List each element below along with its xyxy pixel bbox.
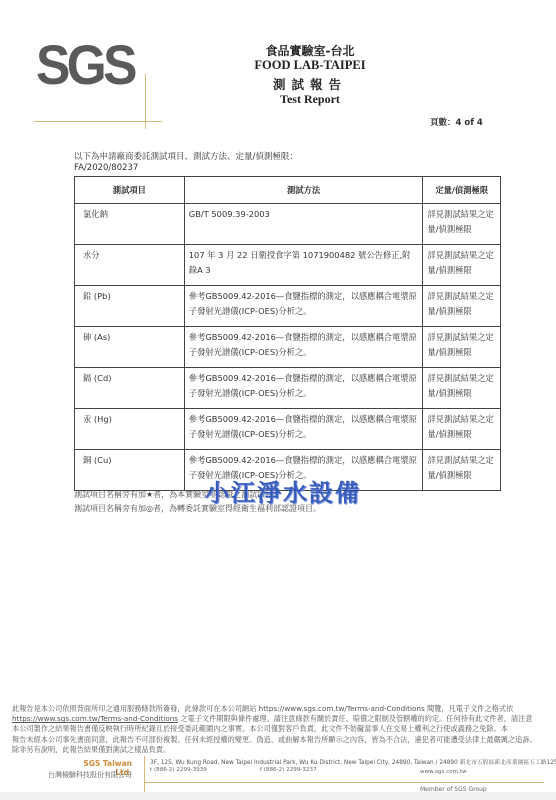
table-row: 鉛 (Pb) 參考GB5009.42-2016—食鹽指標的測定，以感應耦合電漿原…: [75, 286, 501, 327]
header-test-item: 測試項目: [75, 177, 185, 204]
test-limit: 詳見測試結果之定量/偵測極限: [423, 368, 501, 409]
bottom-bar: [0, 792, 556, 800]
footer-fax: f (886-2) 2299-3237: [260, 767, 317, 773]
disclaimer: 此報告是本公司依照背面所印之通用服務條款所簽發，此條款可在本公司網站 https…: [12, 704, 547, 755]
report-title-en: Test Report: [190, 92, 430, 107]
logo-vertical-line: [145, 74, 146, 129]
test-limit: 詳見測試結果之定量/偵測極限: [423, 204, 501, 245]
test-method: 107 年 3 月 22 日衛授食字第 1071900482 號公告修正,附錄A…: [184, 245, 423, 286]
test-item: 氯化鈉: [75, 204, 185, 245]
intro-text: 以下為申請廠商委託測試項目、測試方法、定量/偵測極限：: [74, 150, 298, 162]
test-limit: 詳見測試結果之定量/偵測極限: [423, 409, 501, 450]
test-item: 銅 (Cu): [75, 450, 185, 491]
test-method: 參考GB5009.42-2016—食鹽指標的測定，以感應耦合電漿原子發射光譜儀(…: [184, 286, 423, 327]
table-row: 水分 107 年 3 月 22 日衛授食字第 1071900482 號公告修正,…: [75, 245, 501, 286]
test-method: 參考GB5009.42-2016—食鹽指標的測定，以感應耦合電漿原子發射光譜儀(…: [184, 327, 423, 368]
footer-phone: t (886-2) 2299-3939: [150, 767, 207, 773]
report-number: FA/2020/80237: [74, 163, 138, 173]
report-title-zh: 測試報告: [190, 75, 430, 93]
footer-address: 3F, 125, Wu Kung Road, New Taipei Indust…: [150, 757, 556, 766]
test-method: 參考GB5009.42-2016—食鹽指標的測定，以感應耦合電漿原子發射光譜儀(…: [184, 409, 423, 450]
table-row: 鎘 (Cd) 參考GB5009.42-2016—食鹽指標的測定，以感應耦合電漿原…: [75, 368, 501, 409]
test-limit: 詳見測試結果之定量/偵測極限: [423, 286, 501, 327]
table-row: 氯化鈉 GB/T 5009.39-2003 詳見測試結果之定量/偵測極限: [75, 204, 501, 245]
disclaimer-line-2: https://www.sgs.com.tw/Terms-and-Conditi…: [12, 714, 547, 724]
logo-horizontal-line: [34, 121, 162, 122]
test-method: 參考GB5009.42-2016—食鹽指標的測定，以感應耦合電漿原子發射光譜儀(…: [184, 368, 423, 409]
sgs-logo-text: SGS: [36, 38, 134, 92]
footer-website[interactable]: www.sgs.com.tw: [420, 769, 467, 775]
disclaimer-line-5: 除非另有說明，此報告結果僅對測試之樣品負責。: [12, 745, 547, 755]
test-item: 鎘 (Cd): [75, 368, 185, 409]
header-test-method: 測試方法: [184, 177, 423, 204]
header-limit: 定量/偵測極限: [423, 177, 501, 204]
table-header-row: 測試項目 測試方法 定量/偵測極限: [75, 177, 501, 204]
test-item: 砷 (As): [75, 327, 185, 368]
footer-divider-vertical: [144, 756, 145, 796]
lab-name-zh: 食品實驗室-台北: [190, 42, 430, 59]
disclaimer-line-1: 此報告是本公司依照背面所印之通用服務條款所簽發，此條款可在本公司網站 https…: [12, 704, 547, 714]
watermark-stamp: 小江淨水設備: [205, 473, 361, 508]
test-methods-table: 測試項目 測試方法 定量/偵測極限 氯化鈉 GB/T 5009.39-2003 …: [74, 176, 501, 491]
test-item: 水分: [75, 245, 185, 286]
disclaimer-line-3: 本公司製作之結果報告書僅反映執行時所紀錄且於接受委託範圍內之事實。本公司僅對客戶…: [12, 724, 547, 734]
test-limit: 詳見測試結果之定量/偵測極限: [423, 327, 501, 368]
test-method: GB/T 5009.39-2003: [184, 204, 423, 245]
table-row: 砷 (As) 參考GB5009.42-2016—食鹽指標的測定，以感應耦合電漿原…: [75, 327, 501, 368]
lab-name-en: FOOD LAB-TAIPEI: [190, 58, 430, 73]
test-limit: 詳見測試結果之定量/偵測極限: [423, 245, 501, 286]
terms-link[interactable]: https://www.sgs.com.tw/Terms-and-Conditi…: [12, 714, 178, 723]
sgs-logo: SGS: [34, 38, 130, 92]
test-limit: 詳見測試結果之定量/偵測極限: [423, 450, 501, 491]
test-item: 鉛 (Pb): [75, 286, 185, 327]
footer-divider-horizontal: [144, 782, 544, 783]
test-item: 汞 (Hg): [75, 409, 185, 450]
page-number: 頁數：4 of 4: [430, 116, 483, 128]
footer-company-zh: 台灣檢驗科技股份有限公司: [40, 770, 132, 780]
table-row: 汞 (Hg) 參考GB5009.42-2016—食鹽指標的測定，以感應耦合電漿原…: [75, 409, 501, 450]
disclaimer-line-4: 報告未經本公司事先書面同意，此報告不可部份複製。任何未經授權的變更、偽造、或曲解…: [12, 735, 547, 745]
